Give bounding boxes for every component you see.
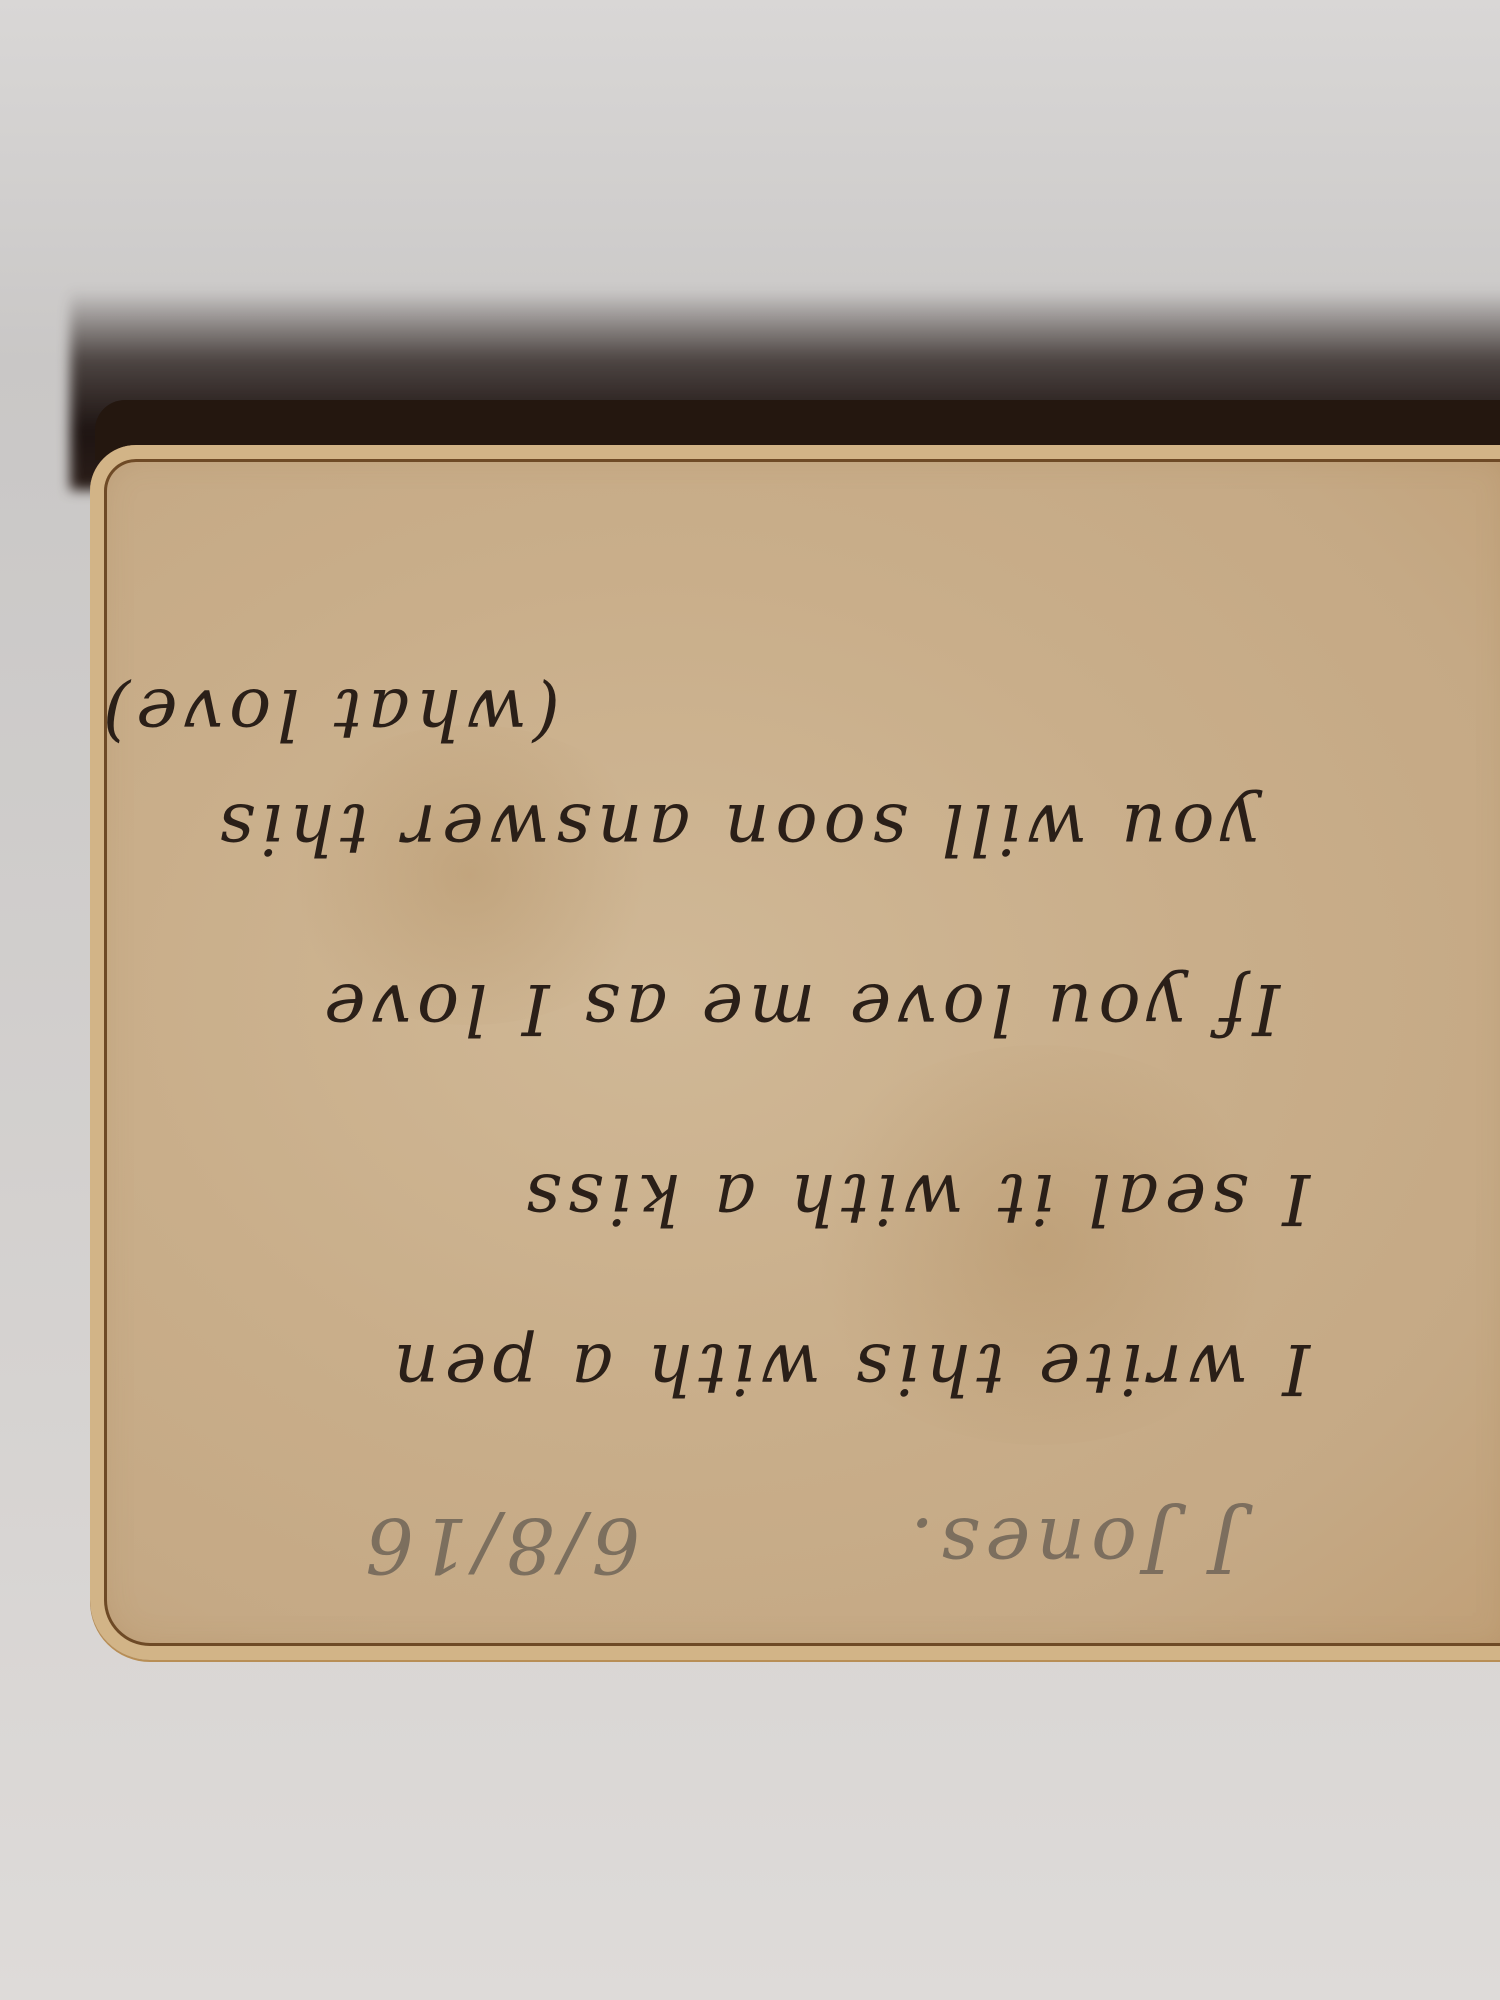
date: 6/8/16 [359, 1501, 640, 1590]
autograph-page: I write this with a pen I seal it with a… [90, 445, 1500, 1660]
handwritten-note: I write this with a pen I seal it with a… [90, 445, 1500, 1660]
verse-line-3: If you love me as I love [318, 968, 1280, 1050]
verse-line-2: I seal it with a kiss [519, 1158, 1310, 1240]
verse-line-4: you will soon answer this [213, 788, 1260, 870]
verse-line-1: I write this with a pen [388, 1328, 1310, 1410]
signature: J Jones. [904, 1501, 1240, 1590]
verse-line-5: (what love) [97, 673, 560, 755]
